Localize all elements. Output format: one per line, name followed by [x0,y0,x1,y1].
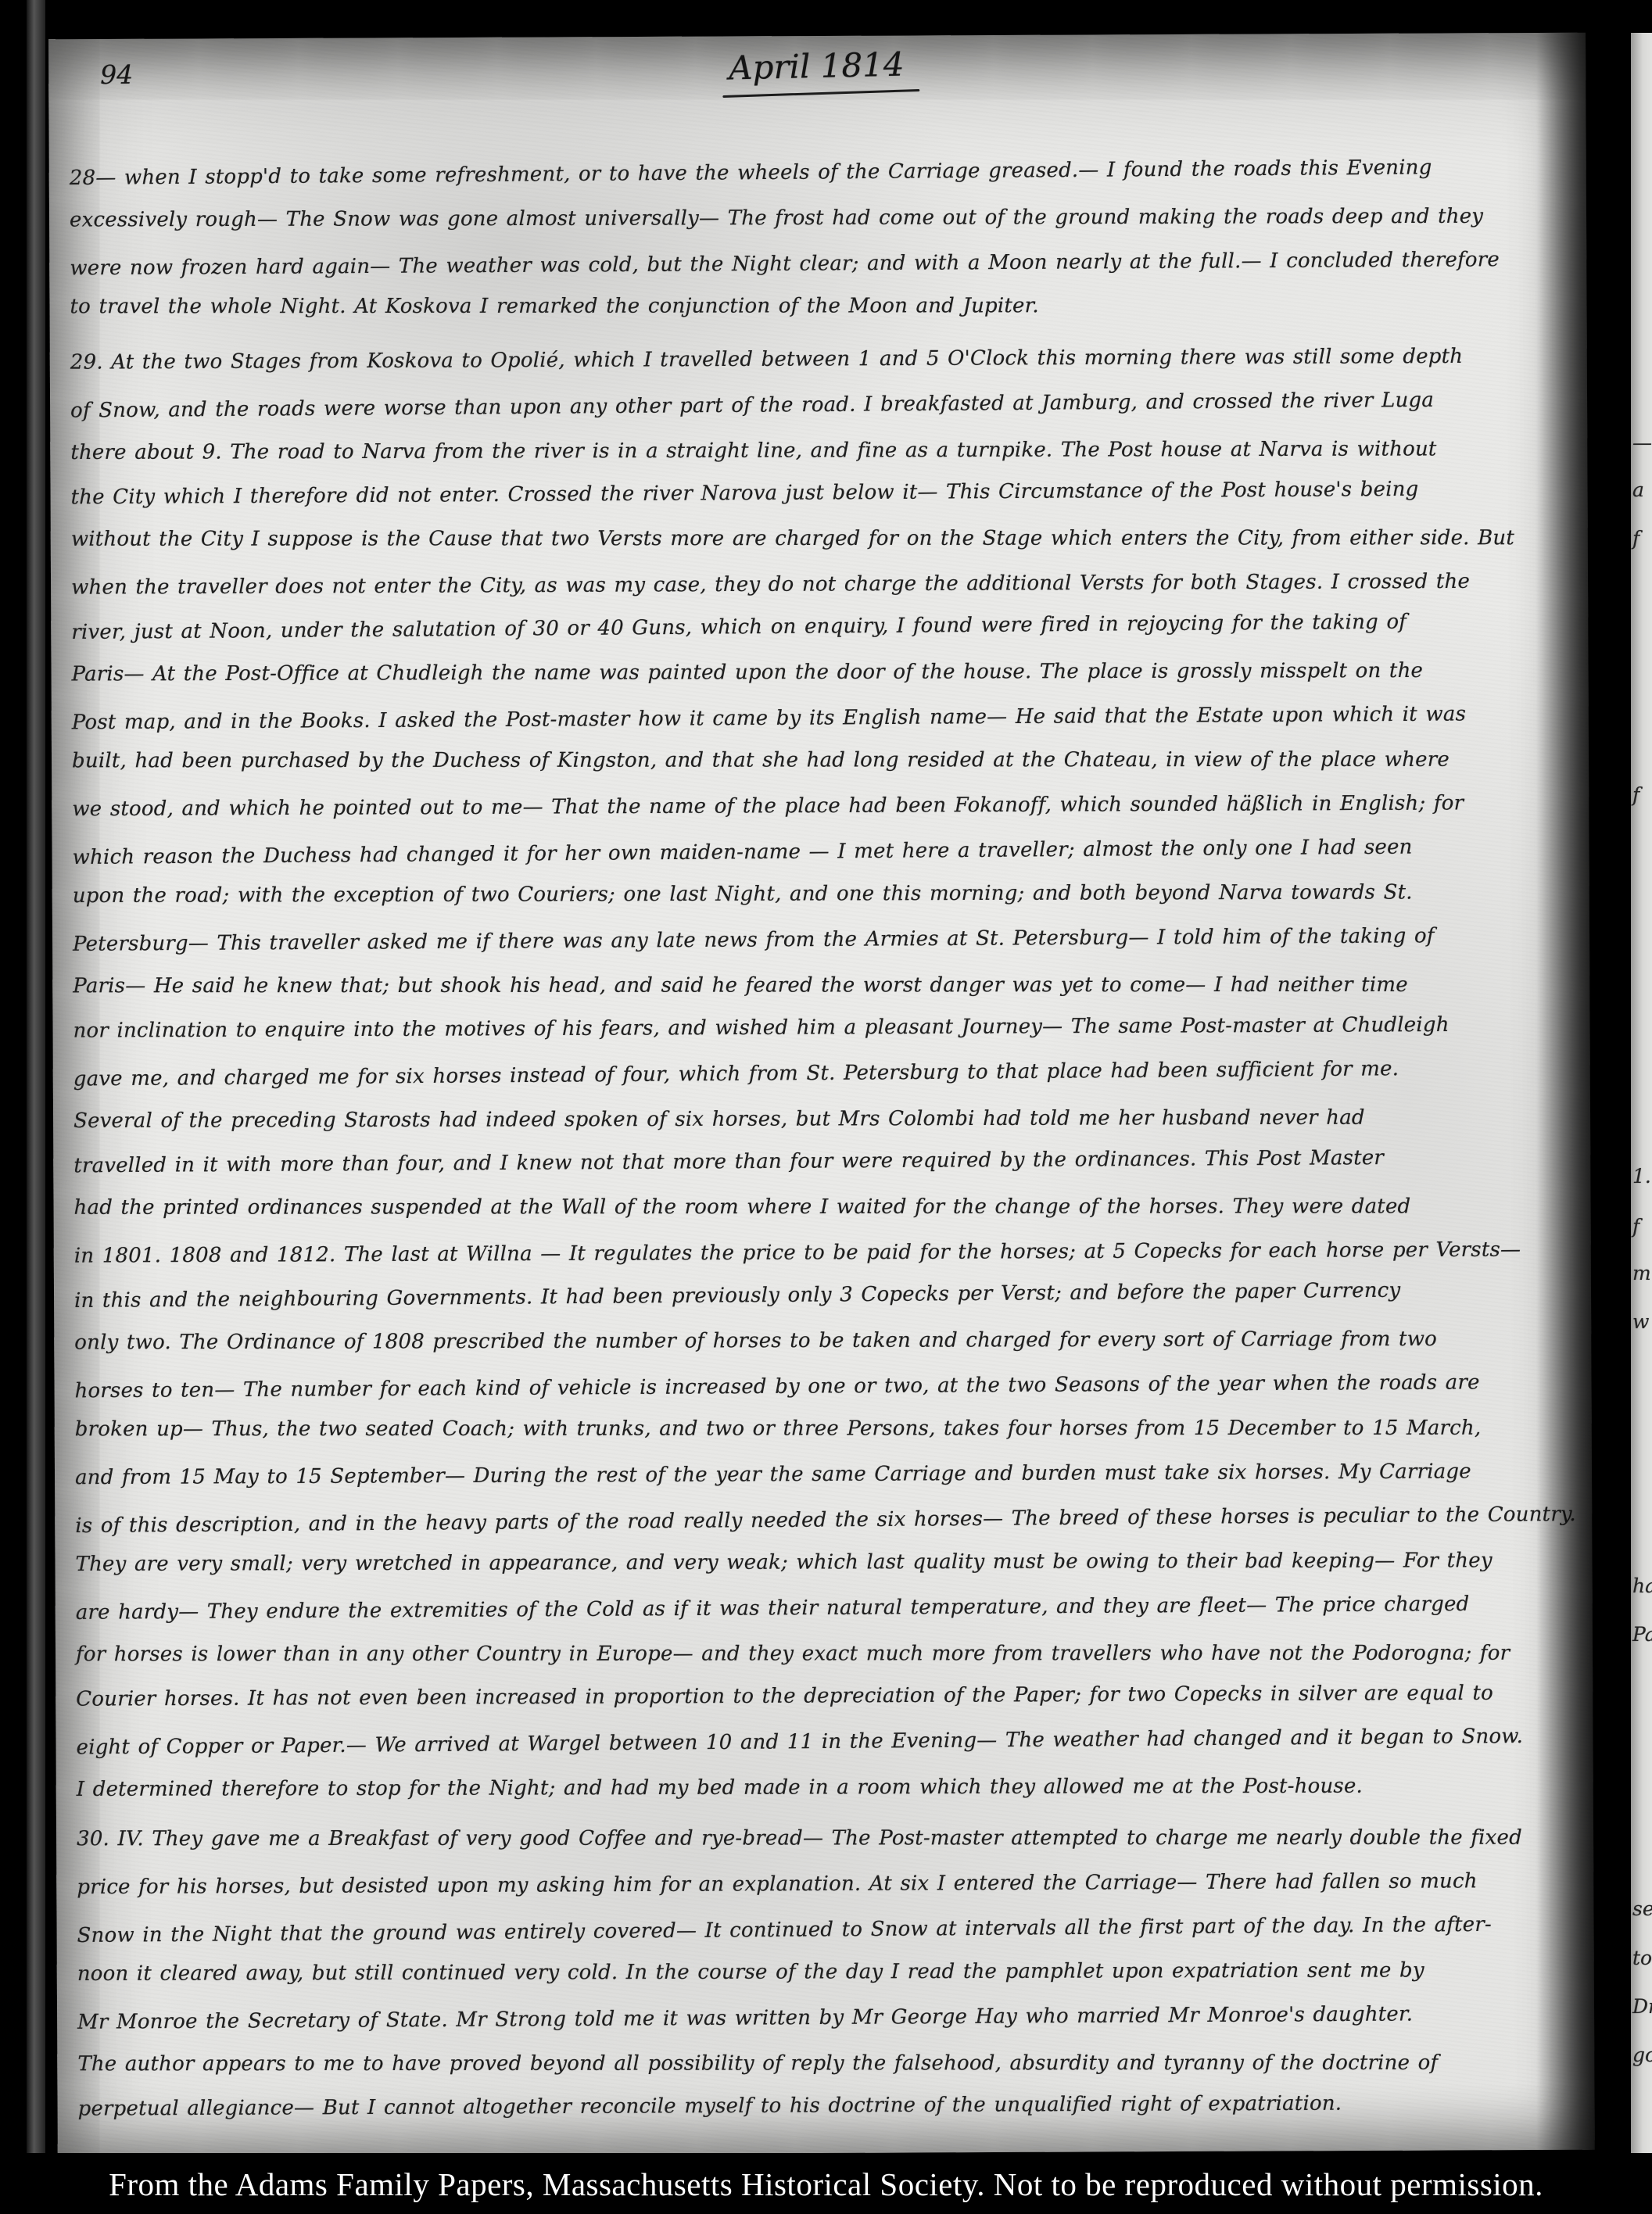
manuscript-line: without the City I suppose is the Cause … [71,516,1572,562]
manuscript-line: 30. IV. They gave me a Breakfast of very… [77,1816,1578,1862]
gutter-shadow [1536,0,1634,2158]
manuscript-line: excessively rough— The Snow was gone alm… [70,194,1571,242]
sliver-ink-fragment: 1. [1632,1165,1651,1188]
manuscript-line: Petersburg— This traveller asked me if t… [73,913,1574,967]
manuscript-line: They are very small; very wretched in ap… [75,1539,1576,1587]
manuscript-line: broken up— Thus, the two seated Coach; w… [75,1406,1576,1453]
manuscript-line: and from 15 May to 15 September— During … [75,1449,1576,1500]
manuscript-line: The author appears to me to have proved … [77,2041,1579,2087]
sliver-ink-fragment: go [1632,2044,1652,2066]
sliver-ink-fragment: w [1632,1310,1649,1333]
book-edge [27,0,45,2158]
manuscript-line: of Snow, and the roads were worse than u… [70,377,1571,433]
manuscript-line: eight of Copper or Paper.— We arrived at… [76,1714,1577,1770]
manuscript-line: to travel the whole Night. At Koskova I … [70,284,1571,330]
sliver-ink-fragment: m [1632,1262,1651,1284]
manuscript-line: Mr Monroe the Secretary of State. Mr Str… [77,1991,1579,2045]
manuscript-line: upon the road; with the exception of two… [73,870,1574,919]
manuscript-line: for horses is lower than in any other Co… [76,1632,1577,1678]
photo-frame: 94 April 1814 28— when I stopp'd to take… [0,0,1652,2214]
manuscript-page: 94 April 1814 28— when I stopp'd to take… [48,33,1595,2157]
sliver-ink-fragment: f [1632,527,1639,550]
credit-banner: From the Adams Family Papers, Massachuse… [0,2153,1652,2214]
sliver-ink-fragment: a [1632,478,1644,501]
sliver-ink-fragment: Pa [1632,1623,1652,1646]
manuscript-line: we stood, and which he pointed out to me… [72,781,1573,832]
manuscript-line: Paris— At the Post-Office at Chudleigh t… [71,648,1572,697]
sliver-ink-fragment: f [1632,783,1639,806]
manuscript-line: Paris— He said he knew that; but shook h… [73,963,1574,1009]
manuscript-line: price for his horses, but desisted upon … [77,1859,1578,1910]
manuscript-line: the City which I therefore did not enter… [70,467,1571,521]
manuscript-line: gave me, and charged me for six horses i… [73,1045,1575,1102]
sliver-ink-fragment: sea [1632,1897,1652,1920]
facing-page-sliver: —aff1.fmwhaPaseato thDrogo [1631,33,1652,2153]
manuscript-line: 28— when I stopp'd to take some refreshm… [70,145,1571,201]
manuscript-line: built, had been purchased by the Duchess… [72,738,1573,784]
sliver-ink-fragment: f [1632,1215,1639,1238]
sliver-ink-fragment: to th [1632,1947,1652,1969]
sliver-ink-fragment: Dro [1632,1995,1652,2018]
journal-entry: 29. At the two Stages from Koskova to Op… [70,335,1578,1812]
manuscript-text: 28— when I stopp'd to take some refreshm… [70,149,1579,2141]
underline-stroke [722,89,919,98]
manuscript-line: Courier horses. It has not even been inc… [76,1671,1577,1721]
manuscript-line: nor inclination to enquire into the moti… [73,1002,1574,1053]
manuscript-line: had the printed ordinances suspended at … [74,1184,1575,1231]
manuscript-line: perpetual allegiance— But I cannot altog… [77,2080,1579,2131]
manuscript-line: I determined therefore to stop for the N… [77,1764,1578,1812]
credit-text: From the Adams Family Papers, Massachuse… [0,2166,1652,2203]
manuscript-line: only two. The Ordinance of 1808 prescrib… [74,1317,1575,1365]
sliver-ink-fragment: ha [1632,1575,1652,1597]
journal-entry: 28— when I stopp'd to take some refreshm… [70,149,1571,333]
page-number: 94 [100,59,133,90]
date-heading: April 1814 [729,45,905,88]
manuscript-line: travelled in it with more than four, and… [73,1135,1575,1189]
manuscript-line: 29. At the two Stages from Koskova to Op… [70,334,1571,385]
journal-entry: 30. IV. They gave me a Breakfast of very… [77,1815,1579,2133]
manuscript-line: noon it cleared away, but still continue… [77,1948,1579,1997]
manuscript-line: are hardy— They endure the extremities o… [76,1582,1577,1635]
sliver-ink-fragment: — [1632,432,1652,454]
